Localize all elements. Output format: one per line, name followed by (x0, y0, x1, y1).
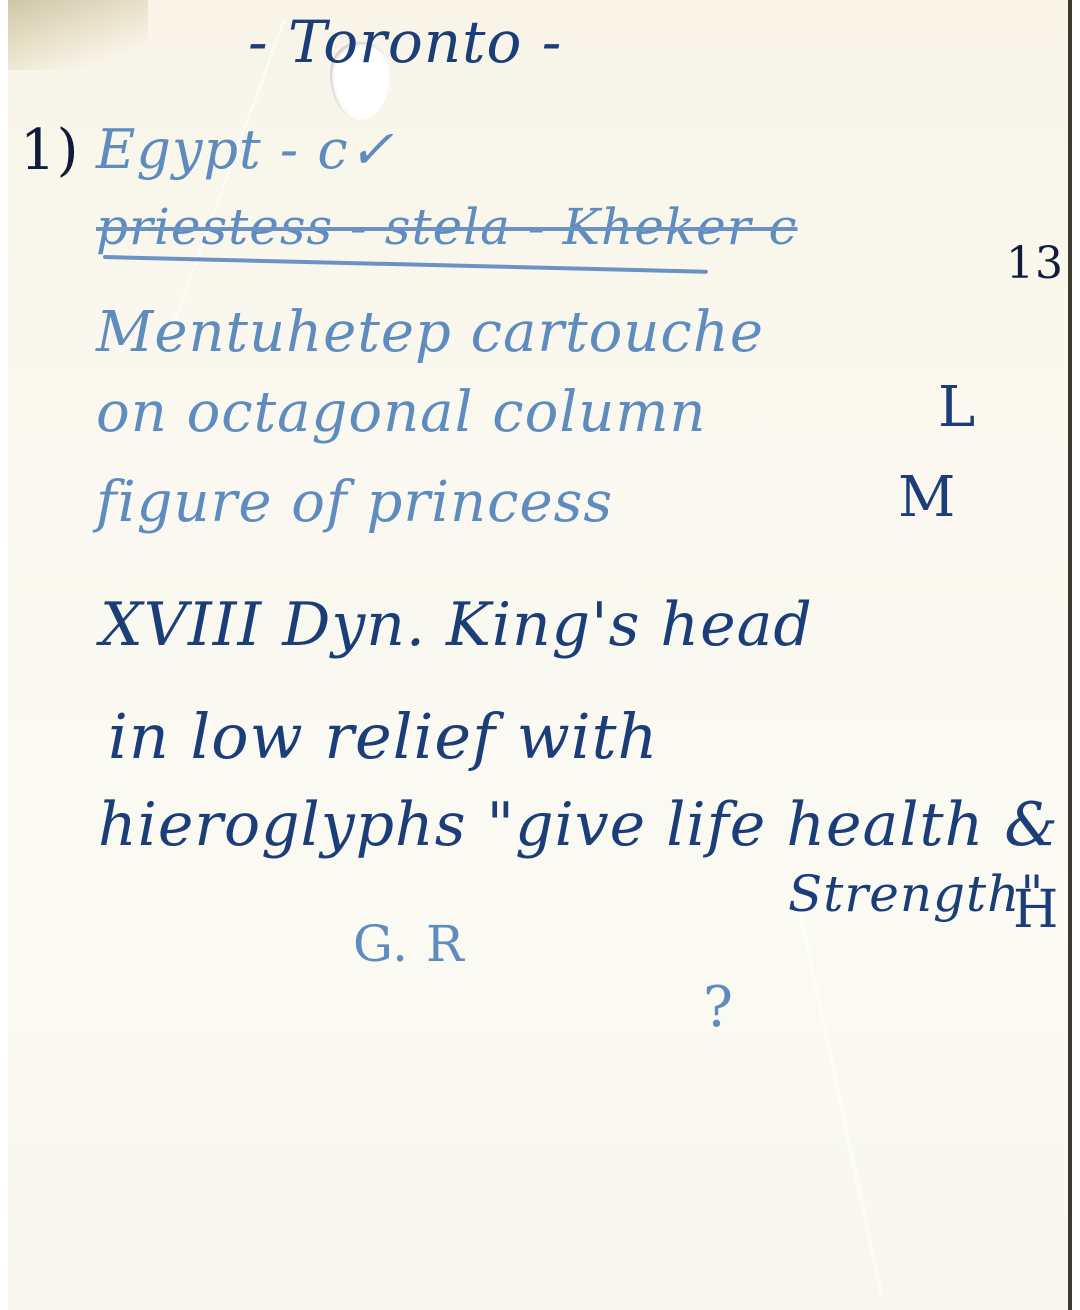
line-strength: Strength" (788, 865, 1044, 923)
line-figure: figure of princess (96, 470, 613, 535)
line-dynasty: XVIII Dyn. King's head (100, 590, 813, 660)
index-card: - Toronto - 1) Egypt - c✓ priestess - st… (8, 0, 1072, 1310)
line-column: on octagonal column (96, 380, 707, 445)
mark-M: M (898, 465, 956, 530)
catalog-number: 13 (1006, 238, 1064, 289)
mark-L: L (938, 375, 976, 440)
line-egypt: Egypt - c✓ (96, 118, 395, 181)
question-mark: ? (703, 975, 734, 1040)
paper-crease (796, 904, 883, 1296)
line-struck-priestess: priestess - stela - Kheker c (96, 198, 798, 256)
mark-H: H (1013, 880, 1059, 940)
line-relief: in low relief with (108, 700, 658, 773)
line-hieroglyphs: hieroglyphs "give life health & (98, 790, 1059, 860)
item-number: 1) (20, 118, 79, 183)
line-cartouche: Mentuhetep cartouche (96, 300, 764, 365)
card-heading: - Toronto - (248, 8, 562, 76)
initials: G. R (353, 915, 465, 973)
